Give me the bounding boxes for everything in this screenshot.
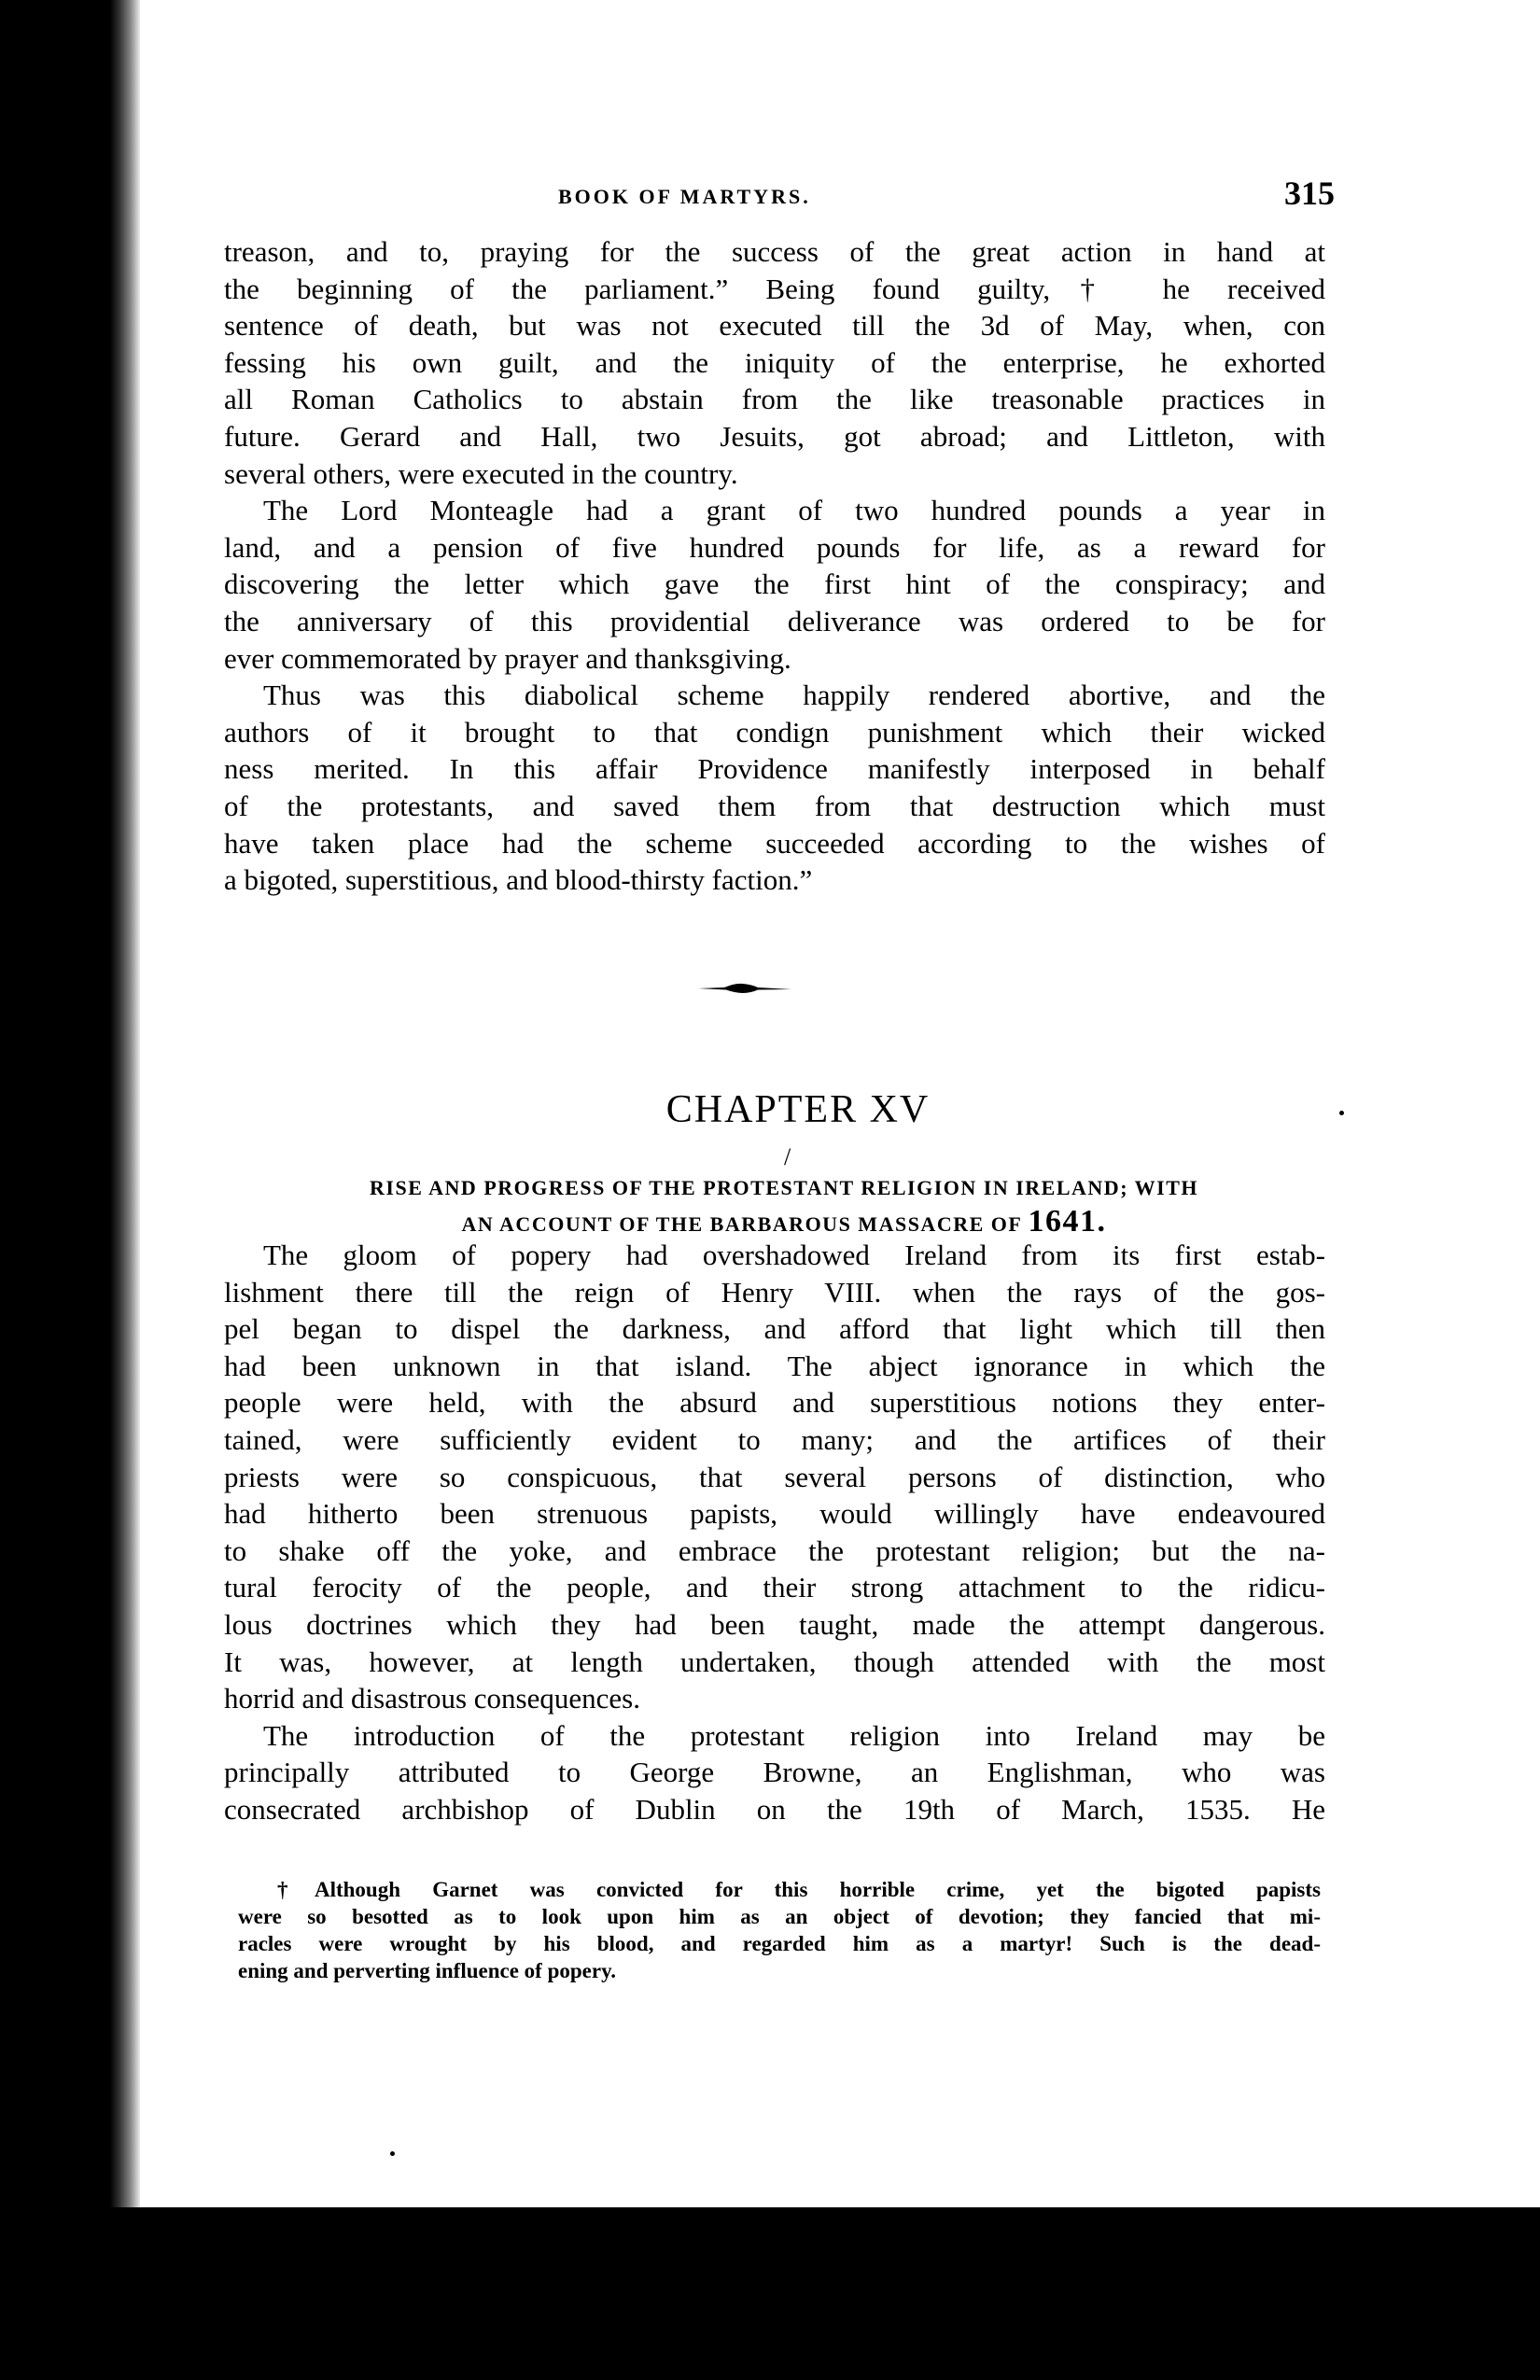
chapter-heading: CHAPTER XV: [0, 1087, 1540, 1132]
text-line: land, and a pension of five hundred poun…: [224, 529, 1325, 567]
text-line: Thus was this diabolical scheme happily …: [224, 677, 1325, 714]
footnote-line: racles were wrought by his blood, and re…: [238, 1930, 1321, 1957]
text-line: discovering the letter which gave the fi…: [224, 566, 1325, 603]
text-line: lishment there till the reign of Henry V…: [224, 1274, 1325, 1311]
scanner-margin-bottom: [0, 2207, 1540, 2380]
chapter-subtitle: Rise and progress of the protestant reli…: [233, 1171, 1335, 1241]
chapter-subtitle-year: 1641.: [1029, 1204, 1107, 1239]
text-line: The Lord Monteagle had a grant of two hu…: [224, 492, 1325, 529]
footnote-line: ening and perverting influence of popery…: [238, 1957, 1321, 1984]
text-line: ness merited. In this affair Providence …: [224, 750, 1325, 788]
text-line: It was, however, at length undertaken, t…: [224, 1644, 1325, 1681]
text-line: the beginning of the parliament.” Being …: [224, 271, 1325, 308]
footnote-line: were so besotted as to look upon him as …: [238, 1903, 1321, 1930]
paragraph-george-browne: The introduction of the protestant relig…: [224, 1717, 1325, 1828]
text-line: future. Gerard and Hall, two Jesuits, go…: [224, 418, 1325, 455]
text-line: lous doctrines which they had been taugh…: [224, 1606, 1325, 1644]
footnote: †Although Garnet was convicted for this …: [238, 1876, 1321, 1984]
scan-speck: [1339, 1111, 1344, 1115]
chapter-subtitle-text: an account of the barbarous massacre of: [461, 1212, 1021, 1236]
text-line: The introduction of the protestant relig…: [224, 1717, 1325, 1755]
stray-pen-mark: /: [784, 1143, 791, 1171]
paragraph-monteagle: The Lord Monteagle had a grant of two hu…: [224, 492, 1325, 677]
text-line: authors of it brought to that condign pu…: [224, 714, 1325, 751]
text-line: had been unknown in that island. The abj…: [224, 1348, 1325, 1385]
text-line: the anniversary of this providential del…: [224, 603, 1325, 640]
text-line: sentence of death, but was not executed …: [224, 307, 1325, 344]
text-line: to shake off the yoke, and embrace the p…: [224, 1533, 1325, 1570]
text-line: priests were so conspicuous, that severa…: [224, 1459, 1325, 1496]
text-line: a bigoted, superstitious, and blood-thir…: [224, 861, 1325, 899]
text-line: of the protestants, and saved them from …: [224, 788, 1325, 825]
text-line: people were held, with the absurd and su…: [224, 1384, 1325, 1421]
text-line: had hitherto been strenuous papists, wou…: [224, 1495, 1325, 1533]
text-line: consecrated archbishop of Dublin on the …: [224, 1791, 1325, 1828]
page-number: 315: [1284, 174, 1335, 213]
scanner-margin-left: [0, 0, 140, 2380]
running-title: Book of Martyrs.: [558, 185, 811, 209]
text-line: pel began to dispel the darkness, and af…: [224, 1310, 1325, 1348]
chapter-subtitle-line: Rise and progress of the protestant reli…: [233, 1171, 1335, 1205]
text-line: have taken place had the scheme succeede…: [224, 825, 1325, 862]
continuation-text: treason, and to, praying for the success…: [224, 233, 1325, 899]
chapter-text: The gloom of popery had overshadowed Ire…: [224, 1237, 1325, 1828]
text-line: The gloom of popery had overshadowed Ire…: [224, 1237, 1325, 1274]
footnote-line: †Although Garnet was convicted for this …: [238, 1876, 1321, 1903]
text-line: principally attributed to George Browne,…: [224, 1754, 1325, 1791]
text-line: all Roman Catholics to abstain from the …: [224, 381, 1325, 418]
text-line: fessing his own guilt, and the iniquity …: [224, 344, 1325, 382]
text-line: tural ferocity of the people, and their …: [224, 1569, 1325, 1606]
running-head: Book of Martyrs. 315: [205, 177, 1335, 215]
text-line: horrid and disastrous consequences.: [224, 1680, 1325, 1717]
scanned-page: Book of Martyrs. 315 treason, and to, pr…: [0, 0, 1540, 2207]
text-line: tained, were sufficiently evident to man…: [224, 1421, 1325, 1459]
paragraph-garnet-sentence: treason, and to, praying for the success…: [224, 233, 1325, 492]
paragraph-gloom-of-popery: The gloom of popery had overshadowed Ire…: [224, 1237, 1325, 1717]
section-divider-ornament-icon: [698, 982, 791, 995]
paragraph-scheme-abortive: Thus was this diabolical scheme happily …: [224, 677, 1325, 899]
scan-speck: [390, 2151, 395, 2156]
text-line: treason, and to, praying for the success…: [224, 233, 1325, 271]
text-line: ever commemorated by prayer and thanksgi…: [224, 640, 1325, 678]
text-line: several others, were executed in the cou…: [224, 455, 1325, 493]
